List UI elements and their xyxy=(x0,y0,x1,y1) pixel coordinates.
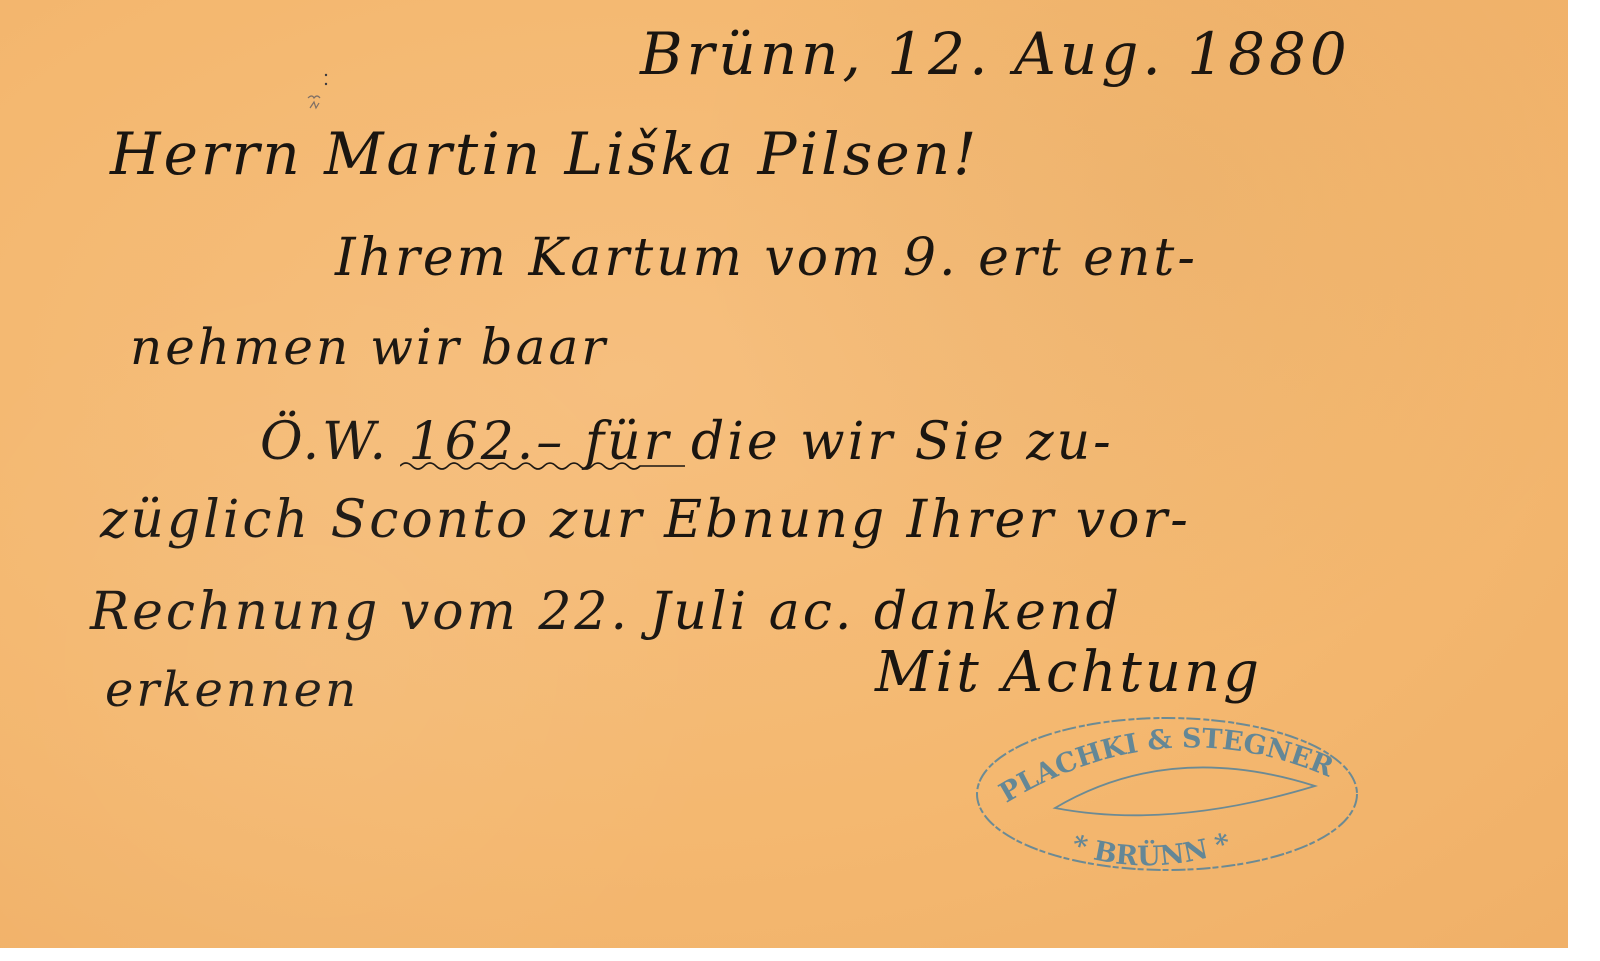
postcard: Brünn, 12. Aug. 1880 Herrn Martin Liška … xyxy=(0,0,1568,948)
body-line: Rechnung vom 22. Juli ac. dankend xyxy=(90,582,1122,642)
body-line: nehmen wir baar xyxy=(130,318,608,376)
company-stamp: PLACHKI & STEGNER * BRÜNN * xyxy=(970,712,1365,877)
salutation: Herrn Martin Liška Pilsen! xyxy=(110,120,979,188)
amount-underline xyxy=(400,456,685,472)
body-line: erkennen xyxy=(105,662,359,718)
body-line: züglich Sconto zur Ebnung Ihrer vor- xyxy=(100,490,1191,550)
body-line-amount: Ö.W. 162.– für die wir Sie zu- xyxy=(260,412,1114,472)
body-line: Ihrem Kartum vom 9. ert ent- xyxy=(335,228,1198,288)
place-date: Brünn, 12. Aug. 1880 xyxy=(640,20,1351,88)
stamp-bottom-text: * BRÜNN * xyxy=(1068,827,1234,872)
closing: Mit Achtung xyxy=(875,640,1262,705)
